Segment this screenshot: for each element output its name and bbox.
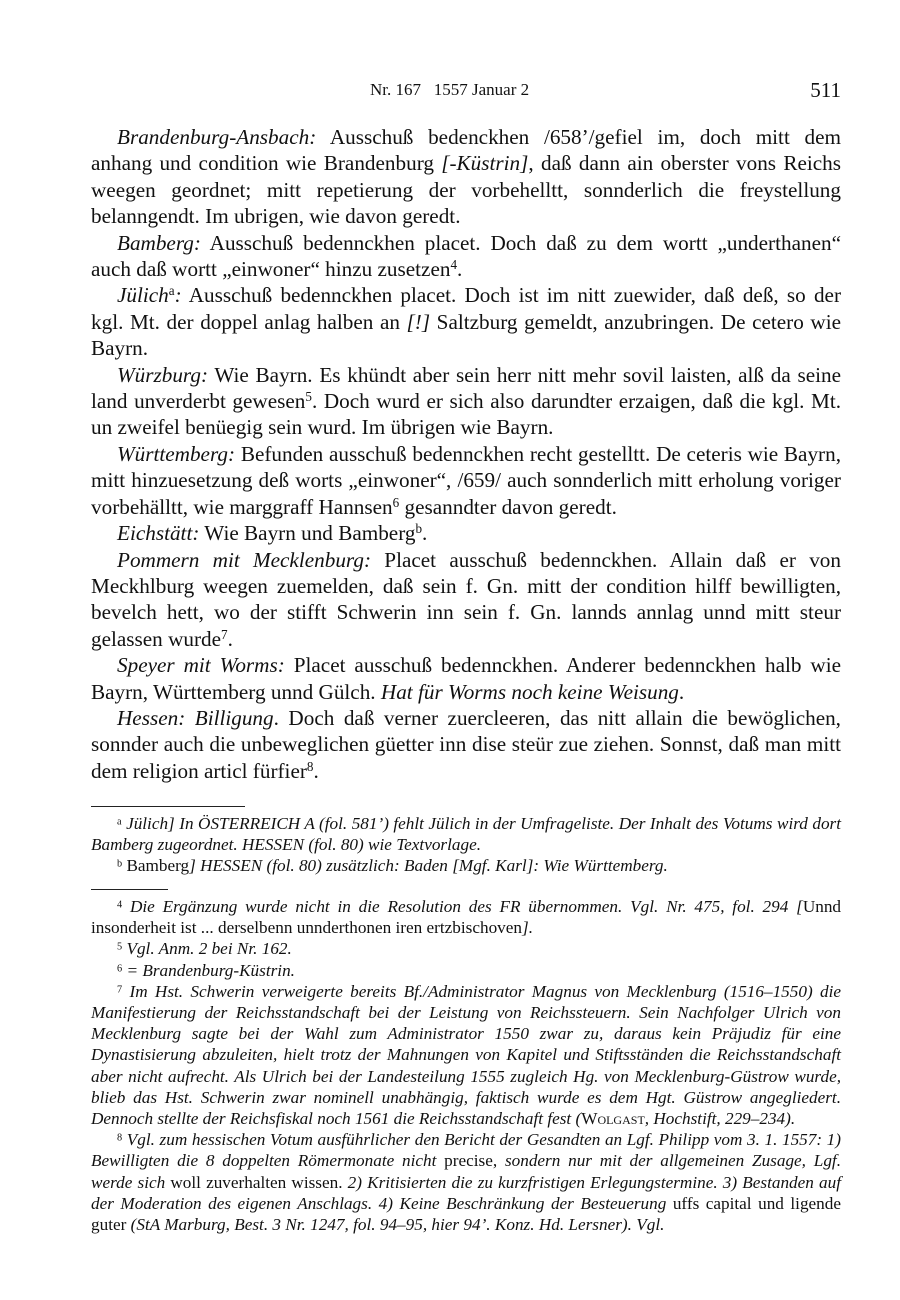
running-title: Nr. 167 1557 Januar 2	[370, 80, 529, 100]
footnote-6: 6 = Brandenburg-Küstrin.	[91, 960, 841, 981]
speaker: Jülich	[117, 283, 169, 307]
paragraph-brandenburg-ansbach: Brandenburg-Ansbach: Ausschuß bedenckhen…	[91, 124, 841, 230]
paragraph-pommern: Pommern mit Mecklenburg: Placet ausschuß…	[91, 547, 841, 653]
footnote-5: 5 Vgl. Anm. 2 bei Nr. 162.	[91, 938, 841, 959]
textual-note-a: a Jülich] In ÖSTERREICH A (fol. 581’) fe…	[91, 813, 841, 855]
textual-notes: a Jülich] In ÖSTERREICH A (fol. 581’) fe…	[91, 813, 841, 877]
footnote-8: 8 Vgl. zum hessischen Votum ausführliche…	[91, 1129, 841, 1235]
footnote-4: 4 Die Ergänzung wurde nicht in die Resol…	[91, 896, 841, 938]
speaker: Pommern mit Mecklenburg:	[117, 548, 371, 572]
paragraph-speyer: Speyer mit Worms: Placet ausschuß bedenn…	[91, 652, 841, 705]
footnotes: 4 Die Ergänzung wurde nicht in die Resol…	[91, 896, 841, 1235]
paragraph-hessen: Hessen: Billigung. Doch daß verner zuerc…	[91, 705, 841, 784]
speaker: Eichstätt:	[117, 521, 199, 545]
running-head: Nr. 167 1557 Januar 2 511	[91, 80, 841, 104]
paragraph-bamberg: Bamberg: Ausschuß bedennckhen placet. Do…	[91, 230, 841, 283]
speaker: Würzburg:	[117, 363, 208, 387]
textual-note-b: b Bamberg] HESSEN (fol. 80) zusätzlich: …	[91, 855, 841, 876]
speaker: Bamberg:	[117, 231, 201, 255]
speaker: Speyer mit Worms:	[117, 653, 285, 677]
page-number: 511	[810, 78, 841, 103]
paragraph-wuerzburg: Würzburg: Wie Bayrn. Es khündt aber sein…	[91, 362, 841, 441]
footnotes-rule	[91, 889, 168, 890]
main-text: Brandenburg-Ansbach: Ausschuß bedenckhen…	[91, 124, 841, 784]
paragraph-eichstaett: Eichstätt: Wie Bayrn und Bambergb.	[91, 520, 841, 546]
footnote-7: 7 Im Hst. Schwerin verweigerte bereits B…	[91, 981, 841, 1129]
paragraph-juelich: Jülicha: Ausschuß bedennckhen placet. Do…	[91, 282, 841, 361]
speaker: Hessen: Billigung	[117, 706, 274, 730]
speaker: Brandenburg-Ansbach:	[117, 125, 316, 149]
speaker: Württemberg:	[117, 442, 235, 466]
textual-notes-rule	[91, 806, 245, 807]
paragraph-wuerttemberg: Württemberg: Befunden ausschuß bedennckh…	[91, 441, 841, 520]
